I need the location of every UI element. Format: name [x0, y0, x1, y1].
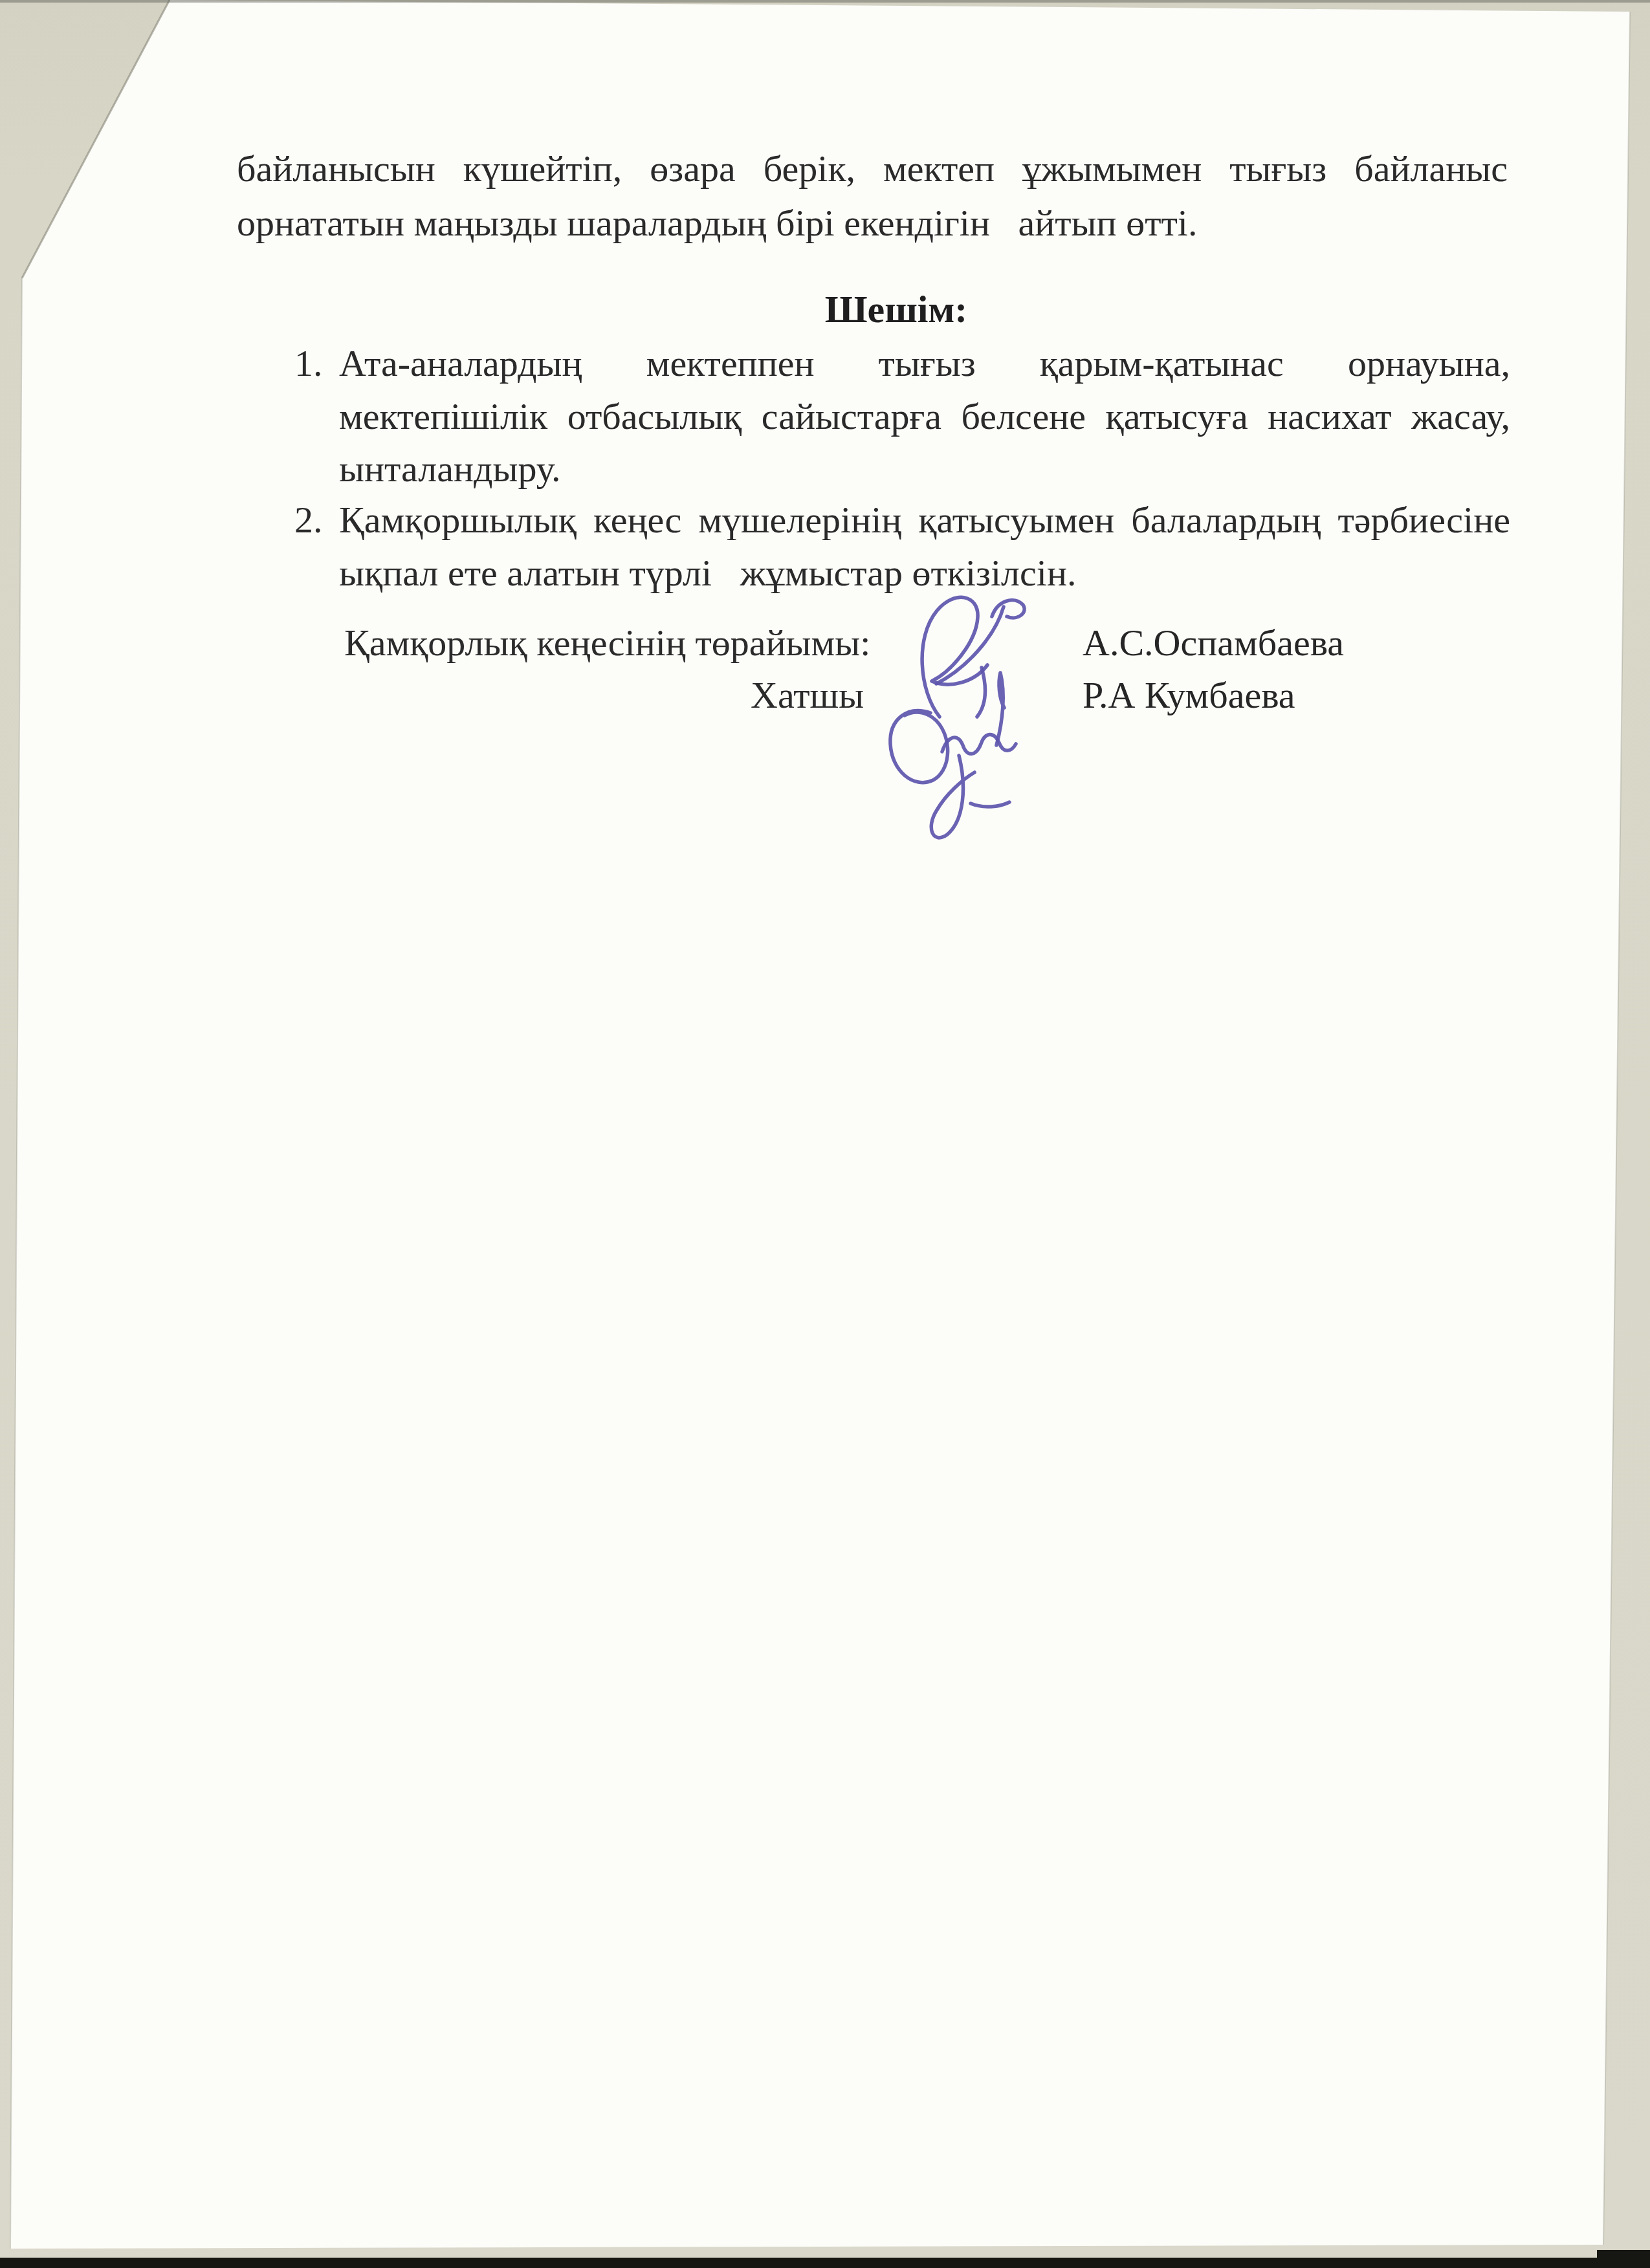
paragraph-line-2: орнататын маңызды шаралардың бірі екенді… — [237, 201, 1508, 246]
decision-2-line-1: Қамқоршылық кеңес мүшелерінің қатысуымен… — [339, 497, 1510, 543]
signature-name-secretary: Р.А Кумбаева — [1083, 673, 1295, 718]
scan-bottom-band — [0, 2258, 1650, 2268]
decision-2-number: 2. — [294, 497, 333, 543]
signature-name-chairperson: А.С.Оспамбаева — [1083, 620, 1344, 666]
scanner-background: байланысын күшейтіп, өзара берік, мектеп… — [0, 0, 1650, 2268]
chairperson-signature — [922, 597, 1024, 717]
paragraph-line-1: байланысын күшейтіп, өзара берік, мектеп… — [237, 146, 1508, 191]
scan-bottom-right-corner — [1597, 2250, 1650, 2268]
decision-1-line-3: ынталандыру. — [339, 446, 1510, 492]
handwritten-signatures — [867, 569, 1081, 854]
document-page: байланысын күшейтіп, өзара берік, мектеп… — [0, 0, 1650, 2268]
secretary-signature — [890, 673, 1016, 838]
decision-heading: Шешім: — [237, 286, 1508, 333]
signature-role-chairperson: Қамқорлық кеңесінің төрайымы: — [344, 620, 870, 666]
decision-1-number: 1. — [294, 341, 333, 386]
scanner-lid-edge — [0, 0, 1650, 3]
decision-1-line-2: мектепішілік отбасылық сайыстарға белсен… — [339, 394, 1510, 439]
signature-role-secretary: Хатшы — [751, 673, 864, 718]
decision-1-line-1: Ата-аналардың мектеппен тығыз қарым-қаты… — [339, 341, 1510, 386]
